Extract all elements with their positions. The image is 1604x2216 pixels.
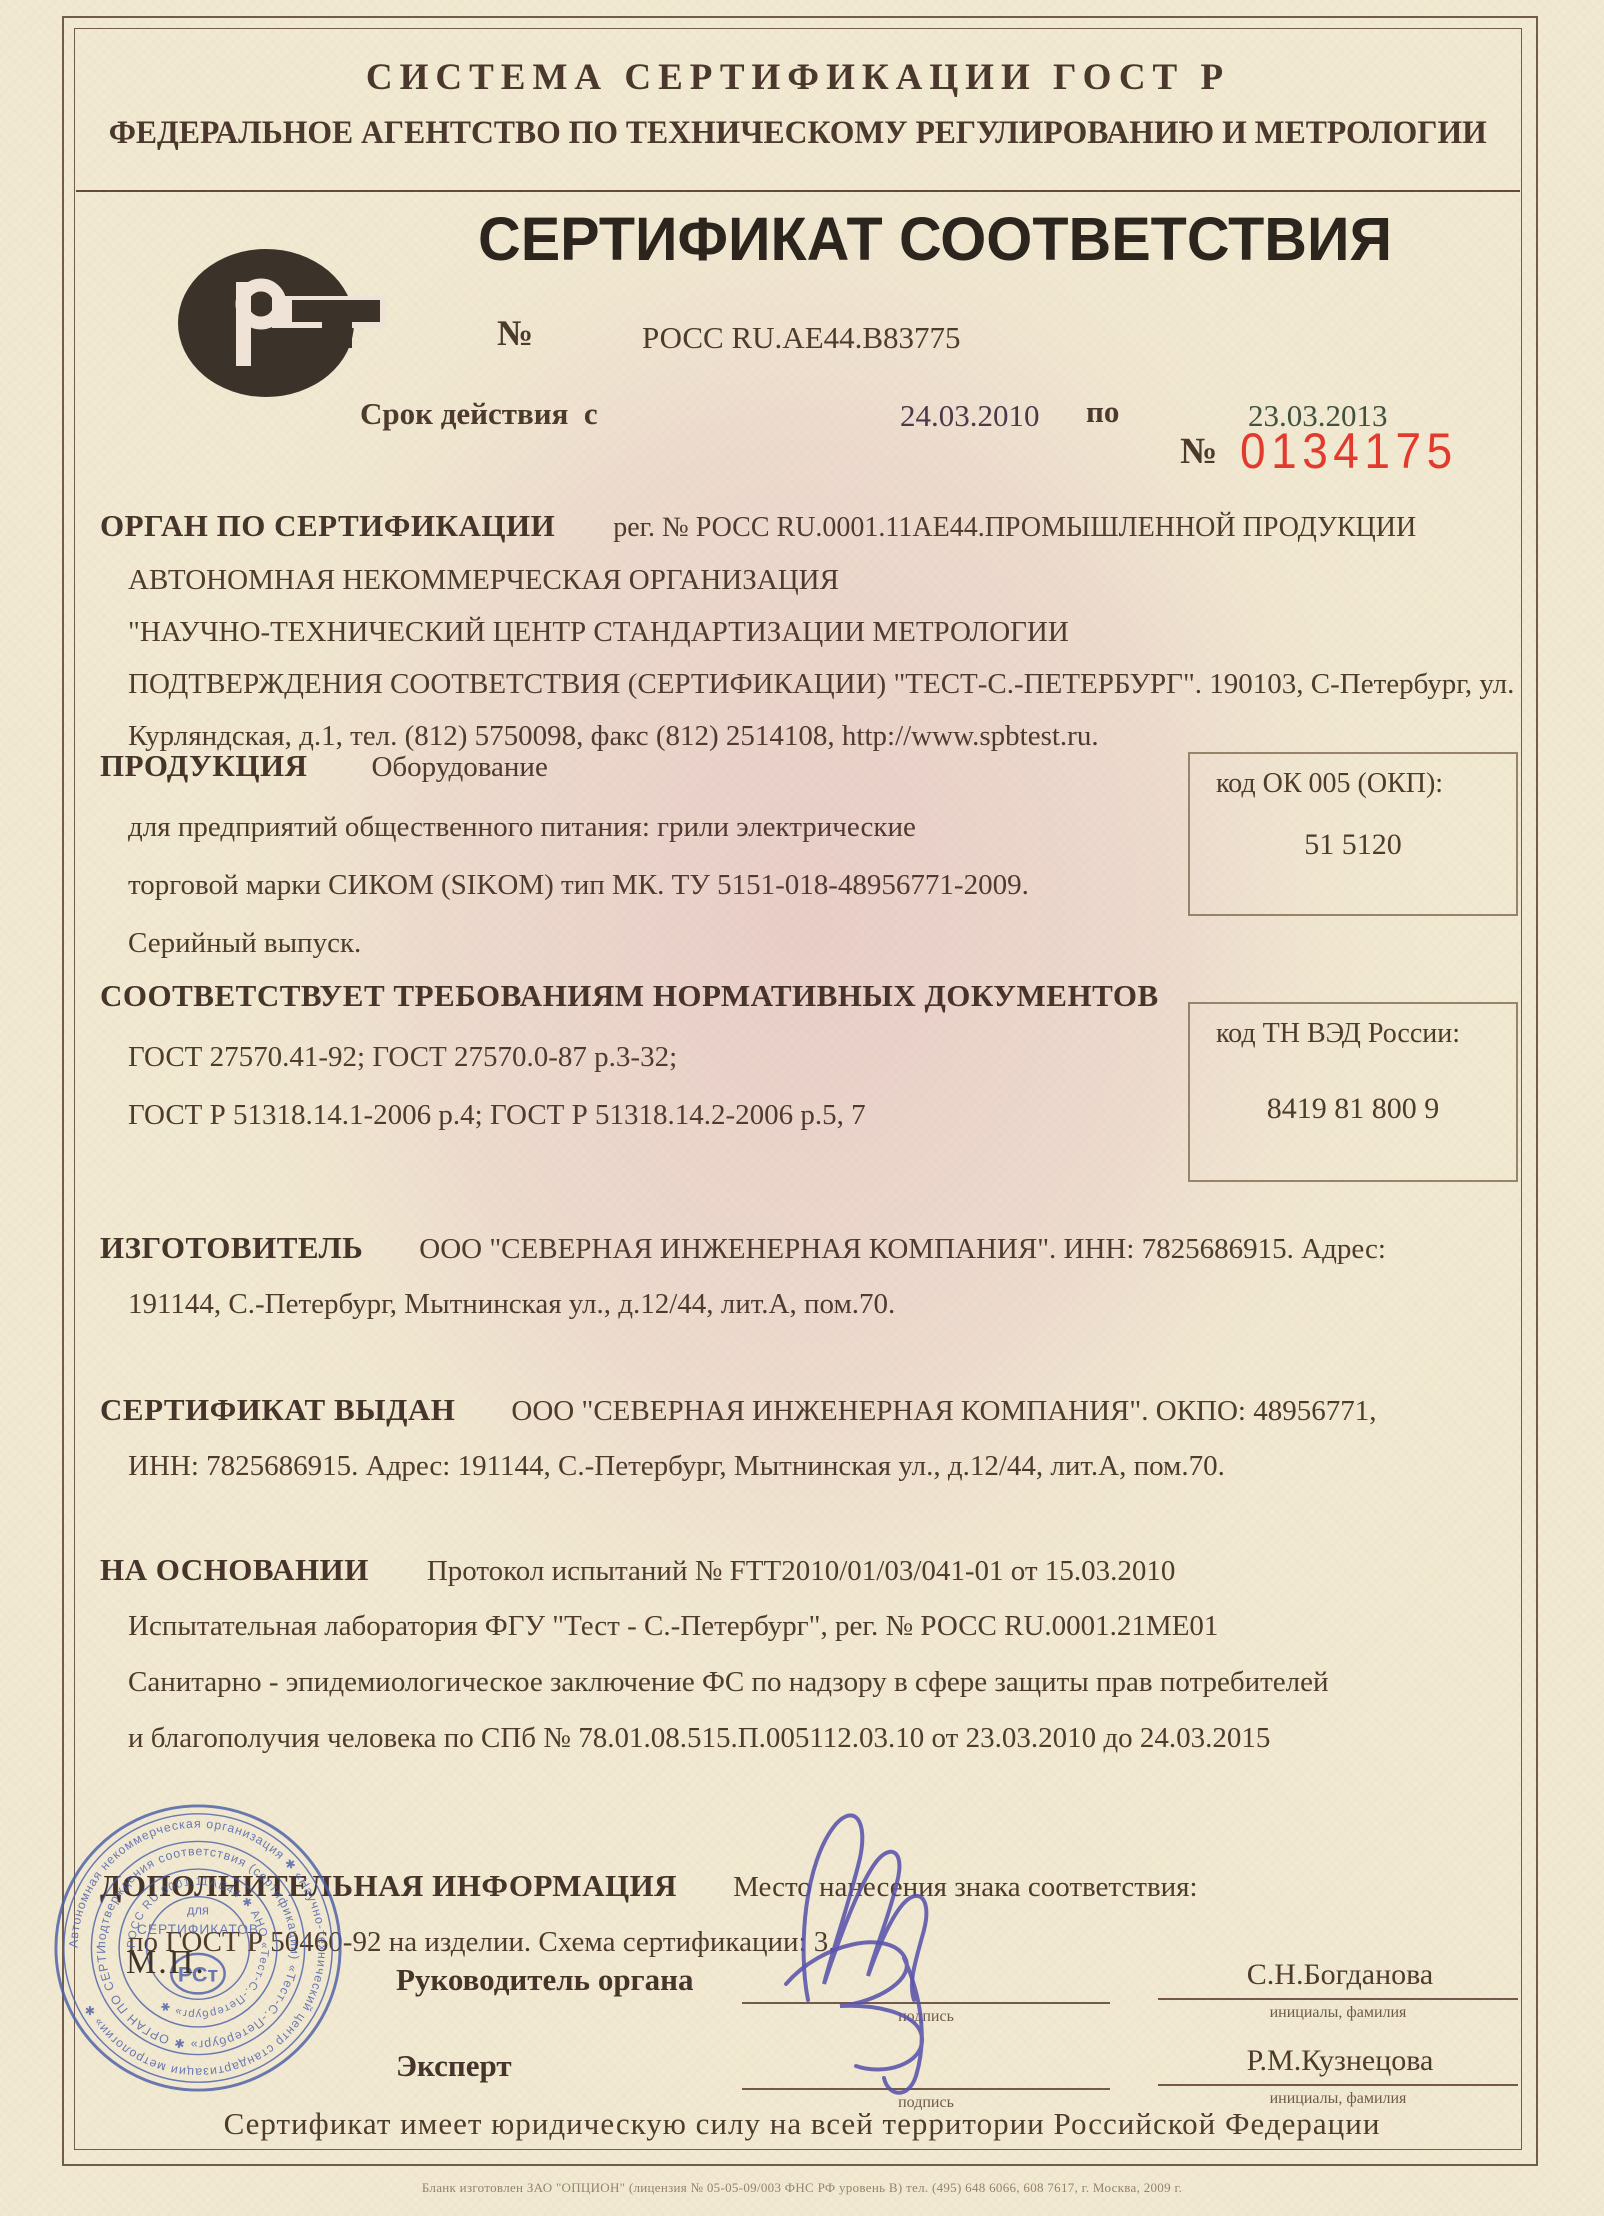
issued-to-heading: СЕРТИФИКАТ ВЫДАН bbox=[100, 1392, 455, 1428]
product-intro: Оборудование bbox=[371, 751, 547, 784]
expert-role: Эксперт bbox=[396, 2048, 512, 2084]
issued-to-intro: ООО "СЕВЕРНАЯ ИНЖЕНЕРНАЯ КОМПАНИЯ". ОКПО… bbox=[511, 1395, 1376, 1428]
head-name-caption: инициалы, фамилия bbox=[1158, 2004, 1518, 2022]
certification-body-line: "НАУЧНО-ТЕХНИЧЕСКИЙ ЦЕНТР СТАНДАРТИЗАЦИИ… bbox=[128, 606, 1520, 658]
basis-line: Санитарно - эпидемиологическое заключени… bbox=[128, 1654, 1520, 1710]
blank-serial-number: 0134175 bbox=[1240, 422, 1458, 480]
blank-print-info: Бланк изготовлен ЗАО "ОПЦИОН" (лицензия … bbox=[0, 2180, 1604, 2196]
rst-conformity-mark-icon bbox=[176, 246, 386, 402]
manufacturer-line: 191144, С.-Петербург, Мытнинская ул., д.… bbox=[128, 1276, 1520, 1332]
product-line: Серийный выпуск. bbox=[128, 914, 1520, 972]
okp-code-value: 51 5120 bbox=[1190, 828, 1516, 862]
certification-body-heading: ОРГАН ПО СЕРТИФИКАЦИИ bbox=[100, 508, 555, 544]
manufacturer-heading: ИЗГОТОВИТЕЛЬ bbox=[100, 1230, 363, 1266]
issued-to-line: ИНН: 7825686915. Адрес: 191144, С.-Петер… bbox=[128, 1438, 1520, 1494]
document-title: СЕРТИФИКАТ СООТВЕТСТВИЯ bbox=[406, 204, 1463, 274]
certificate-page: СИСТЕМА СЕРТИФИКАЦИИ ГОСТ Р ФЕДЕРАЛЬНОЕ … bbox=[0, 0, 1604, 2216]
okp-code-label: код ОК 005 (ОКП): bbox=[1190, 754, 1516, 800]
product-heading: ПРОДУКЦИЯ bbox=[100, 748, 307, 784]
manufacturer-intro: ООО "СЕВЕРНАЯ ИНЖЕНЕРНАЯ КОМПАНИЯ". ИНН:… bbox=[419, 1233, 1386, 1266]
agency-title: ФЕДЕРАЛЬНОЕ АГЕНТСТВО ПО ТЕХНИЧЕСКОМУ РЕ… bbox=[109, 115, 1487, 152]
section-manufacturer: ИЗГОТОВИТЕЛЬ ООО "СЕВЕРНАЯ ИНЖЕНЕРНАЯ КО… bbox=[100, 1230, 1520, 1332]
head-name-line bbox=[1158, 1998, 1518, 2000]
section-issued-to: СЕРТИФИКАТ ВЫДАН ООО "СЕВЕРНАЯ ИНЖЕНЕРНА… bbox=[100, 1392, 1520, 1494]
head-of-body-role: Руководитель органа bbox=[396, 1962, 694, 1998]
cert-number-sign: № bbox=[497, 312, 533, 354]
basis-intro: Протокол испытаний № FTT2010/01/03/041-0… bbox=[427, 1555, 1176, 1588]
section-basis: НА ОСНОВАНИИ Протокол испытаний № FTT201… bbox=[100, 1552, 1520, 1766]
header-box: СИСТЕМА СЕРТИФИКАЦИИ ГОСТ Р ФЕДЕРАЛЬНОЕ … bbox=[76, 30, 1520, 192]
tnved-code-box: код ТН ВЭД России: 8419 81 800 9 bbox=[1188, 1002, 1518, 1182]
compliance-heading: СООТВЕТСТВУЕТ ТРЕБОВАНИЯМ НОРМАТИВНЫХ ДО… bbox=[100, 978, 1159, 1014]
certification-body-reg: рег. № РОСС RU.0001.11АЕ44.ПРОМЫШЛЕННОЙ … bbox=[613, 512, 1416, 544]
system-title: СИСТЕМА СЕРТИФИКАЦИИ ГОСТ Р bbox=[76, 56, 1520, 99]
tnved-code-label: код ТН ВЭД России: bbox=[1190, 1004, 1516, 1050]
stamp-center-line1: для bbox=[187, 1902, 209, 1917]
okp-code-box: код ОК 005 (ОКП): 51 5120 bbox=[1188, 752, 1518, 916]
validity-label: Срок действия с bbox=[360, 396, 598, 432]
tnved-code-value: 8419 81 800 9 bbox=[1190, 1092, 1516, 1126]
basis-line: и благополучия человека по СПб № 78.01.0… bbox=[128, 1710, 1520, 1766]
valid-to-label: по bbox=[1086, 394, 1119, 430]
stamp-place-note: М.П. bbox=[126, 1944, 206, 1982]
basis-line: Испытательная лаборатория ФГУ "Тест - С.… bbox=[128, 1598, 1520, 1654]
blank-number-sign: № bbox=[1180, 430, 1217, 473]
basis-heading: НА ОСНОВАНИИ bbox=[100, 1552, 369, 1588]
expert-name-line bbox=[1158, 2084, 1518, 2086]
valid-from-date: 24.03.2010 bbox=[900, 398, 1040, 434]
expert-handwritten-signature bbox=[752, 1918, 982, 2098]
expert-name: Р.М.Кузнецова bbox=[1162, 2044, 1518, 2078]
section-certification-body: ОРГАН ПО СЕРТИФИКАЦИИ рег. № РОСС RU.000… bbox=[100, 508, 1520, 762]
cert-number: РОСС RU.AE44.B83775 bbox=[642, 320, 961, 356]
stamp-center-line2: СЕРТИФИКАТОВ bbox=[137, 1921, 259, 1937]
certification-body-line: ПОДТВЕРЖДЕНИЯ СООТВЕТСТВИЯ (СЕРТИФИКАЦИИ… bbox=[128, 658, 1520, 710]
legal-validity-statement: Сертификат имеет юридическую силу на все… bbox=[90, 2106, 1514, 2142]
head-name: С.Н.Богданова bbox=[1162, 1958, 1518, 1992]
certification-body-line: АВТОНОМНАЯ НЕКОММЕРЧЕСКАЯ ОРГАНИЗАЦИЯ bbox=[128, 554, 1520, 606]
